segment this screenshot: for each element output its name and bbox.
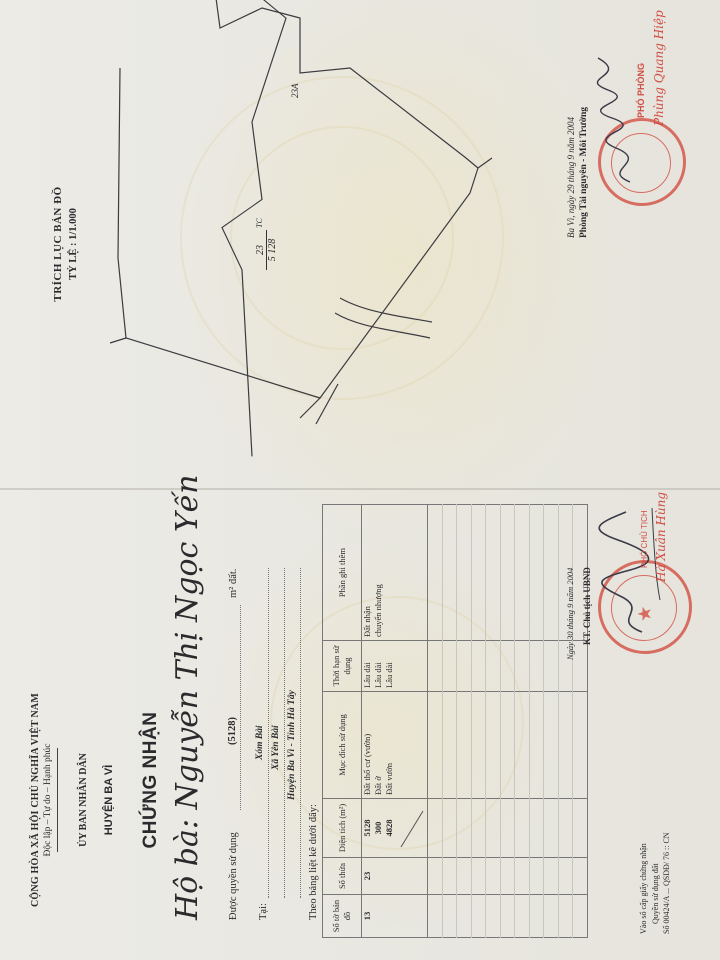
land-parcel-table: Số tờ bản đồ Số thửa Diện tích (m²) Mục … [322,504,588,938]
strike-line [397,805,427,851]
note-2: chuyển nhượng [373,508,384,637]
table-row-blank [486,505,501,938]
table-row-blank [471,505,486,938]
signer-name: Phùng Quang Hiệp [652,10,666,126]
issue-date: Ngày 30 tháng 9 năm 2004 [565,568,575,660]
registry-number: Số 00424/A ... QSDĐ/ 76 :: CN [661,832,673,934]
cell-sheet: 13 [362,895,428,938]
neighbor-parcel: 23A [290,84,300,99]
location-label: Tại: [258,903,269,920]
district-heading: HUYỆN BA VÌ [103,670,115,930]
col-header-term: Thời hạn sử dụng [323,641,362,692]
rights-label: Được quyền sử dụng [228,832,239,920]
registry-line: Quyền sử dụng đất [650,832,662,934]
location-commune: Xã Yên Bài [271,725,281,770]
map-title: TRÍCH LỤC BẢN ĐỒ [52,0,64,488]
certificate-sheet: CỘNG HÒA XÃ HỘI CHỦ NGHĨA VIỆT NAM Độc l… [0,0,720,960]
term-3: Lâu dài [384,644,395,688]
nation-heading: CỘNG HÒA XÃ HỘI CHỦ NGHĨA VIỆT NAM [30,670,41,930]
cell-areas: 5128 300 4828 [362,799,428,858]
parcel-number: 23 [255,230,266,270]
area-total: 5128 [362,802,373,854]
signer-name: Hà Xuân Hùng [654,492,668,582]
cell-parcel: 23 [362,858,428,895]
col-header-notes: Phần ghi thêm [323,505,362,641]
cell-notes: Đất nhận chuyển nhượng [362,505,428,641]
area-dotline [240,605,241,810]
table-row: 13 23 5128 300 4828 Đất thổ cư (vườn) Đấ… [362,505,428,938]
map-extract-page: TRÍCH LỤC BẢN ĐỒ TỶ LỆ : 1/1.000 23 5 12… [0,0,720,488]
location-hamlet: Xóm Bài [255,725,265,760]
map-scale: TỶ LỆ : 1/1.000 [68,0,79,488]
location-district: Huyện Ba Vì - Tỉnh Hà Tây [287,690,297,800]
motto: Độc lập – Tự do – Hạnh phúc [43,670,53,930]
cell-purposes: Đất thổ cư (vườn) Đất ở Đất vườn [362,692,428,799]
purpose-1: Đất thổ cư (vườn) [362,695,373,795]
term-2: Lâu dài [373,644,384,688]
table-row-blank [442,505,457,938]
issuer-heading: ỦY BAN NHÂN DÂN [78,670,89,930]
col-header-area: Diện tích (m²) [323,799,362,858]
term-1: Lâu dài [362,644,373,688]
purpose-3: Đất vườn [384,695,395,795]
table-row-blank [500,505,515,938]
table-header-row: Số tờ bản đồ Số thửa Diện tích (m²) Mục … [323,505,362,938]
location-dotline [268,568,269,898]
land-code: TC [255,218,264,228]
map-issue-date: Ba Vì, ngày 29 tháng 9 năm 2004 [566,117,576,238]
map-issuing-office: Phòng Tài nguyên - Môi Trường [579,107,589,238]
certificate-page: CỘNG HÒA XÃ HỘI CHỦ NGHĨA VIỆT NAM Độc l… [0,490,720,960]
cell-terms: Lâu dài Lâu dài Lâu dài [362,641,428,692]
area-residential: 300 [373,802,384,854]
table-row-blank [428,505,443,938]
purpose-2: Đất ở [373,695,384,795]
col-header-sheet: Số tờ bản đồ [323,895,362,938]
registry-line: Vào sổ cấp giấy chứng nhận [638,832,650,934]
location-dotline [300,568,301,898]
table-row-blank [544,505,559,938]
table-intro: Theo bảng liệt kê dưới đây: [308,804,319,920]
col-header-parcel: Số thửa [323,858,362,895]
table-row-blank [457,505,472,938]
location-dotline [284,568,285,898]
registry-note: Vào sổ cấp giấy chứng nhận Quyền sử dụng… [638,832,673,934]
table-row-blank [515,505,530,938]
heading-divider [57,748,58,852]
parcel-label: 23 5 128 [255,230,278,270]
area-unit: m² đất. [228,569,239,598]
area-garden: 4828 [384,802,395,854]
certificate-title: CHỨNG NHẬN [140,630,162,930]
signer-title-stamp: PHÓ CHỦ TỊCH [640,510,649,568]
parcel-area: 5 128 [266,230,278,270]
holder-name: Hộ bà: Nguyễn Thị Ngọc Yến [170,500,205,920]
table-row-blank [529,505,544,938]
area-value: (5128) [227,717,238,745]
signer-title-stamp: PHÓ PHÒNG [636,63,646,118]
col-header-purpose: Mục đích sử dụng [323,692,362,799]
note-1: Đất nhận [362,508,373,637]
